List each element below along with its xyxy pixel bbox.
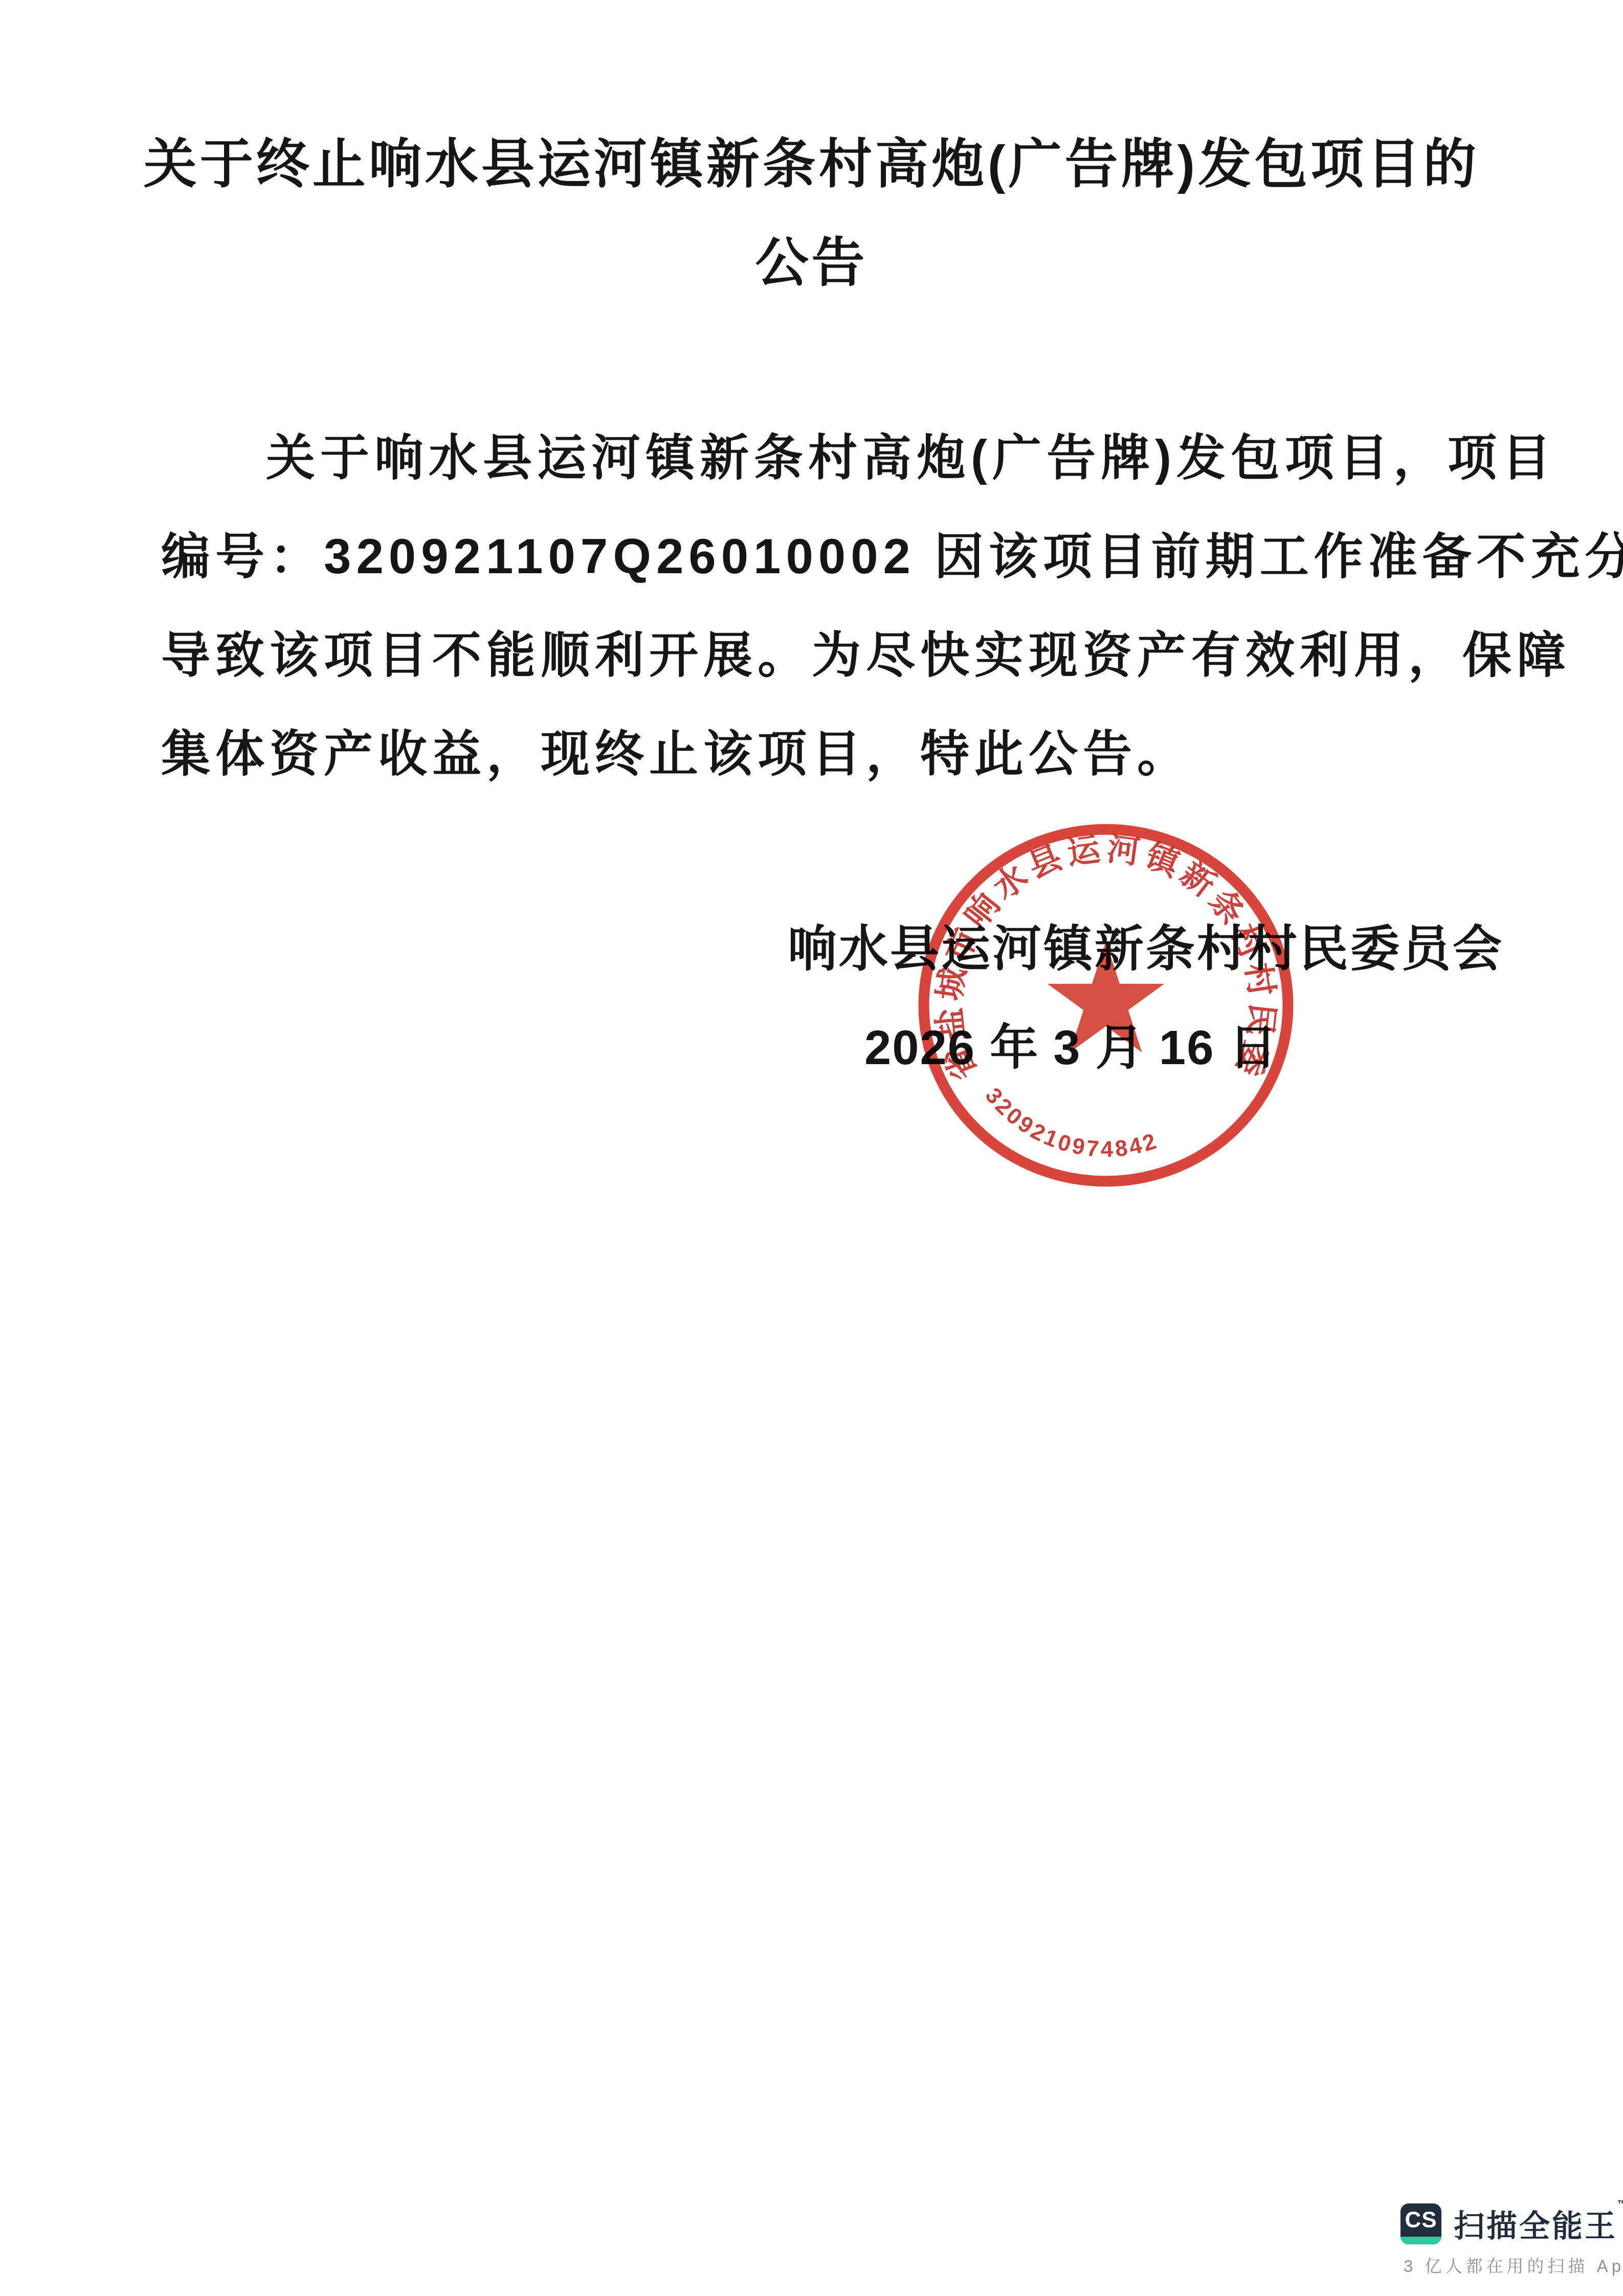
camscanner-logo-icon: CS [1400,2203,1441,2244]
body-line-4: 集体资产收益，现终止该项目，特此公告。 [161,705,1532,803]
stamp-star-icon [1048,941,1164,1052]
camscanner-watermark: CS 扫描全能王™ 3 亿人都在用的扫描 App [1400,2202,1605,2277]
camscanner-tagline: 3 亿人都在用的扫描 App [1404,2253,1605,2277]
title-line-2: 公告 [0,214,1623,313]
document-title: 关于终止响水县运河镇新条村高炮(广告牌)发包项目的 公告 [0,116,1623,313]
body-line-3: 导致该项目不能顺利开展。为尽快实现资产有效利用，保障 [161,606,1532,705]
official-seal-stamp: 江苏省盐城市响水县运河镇新条村村民委员会 3209210974842 [901,801,1310,1210]
body-line-2: 编号：320921107Q26010002 因该项目前期工作准备不充分 [161,507,1532,606]
document-body: 关于响水县运河镇新条村高炮(广告牌)发包项目，项目 编号：320921107Q2… [161,409,1532,803]
camscanner-brand-text: 扫描全能王 [1454,2209,1617,2243]
body-line-1: 关于响水县运河镇新条村高炮(广告牌)发包项目，项目 [161,409,1532,507]
camscanner-logo-band [1400,2237,1441,2244]
stamp-ring-text: 江苏省盐城市响水县运河镇新条村村民委员会 [901,801,1281,1085]
title-line-1: 关于终止响水县运河镇新条村高炮(广告牌)发包项目的 [0,116,1623,214]
stamp-ring-text-holder: 江苏省盐城市响水县运河镇新条村村民委员会 [901,801,1281,1085]
camscanner-brand: 扫描全能王™ [1454,2202,1623,2246]
trademark-symbol: ™ [1617,2199,1623,2210]
scanned-document-page: 关于终止响水县运河镇新条村高炮(广告牌)发包项目的 公告 关于响水县运河镇新条村… [0,0,1623,2296]
camscanner-logo-text: CS [1400,2203,1441,2237]
